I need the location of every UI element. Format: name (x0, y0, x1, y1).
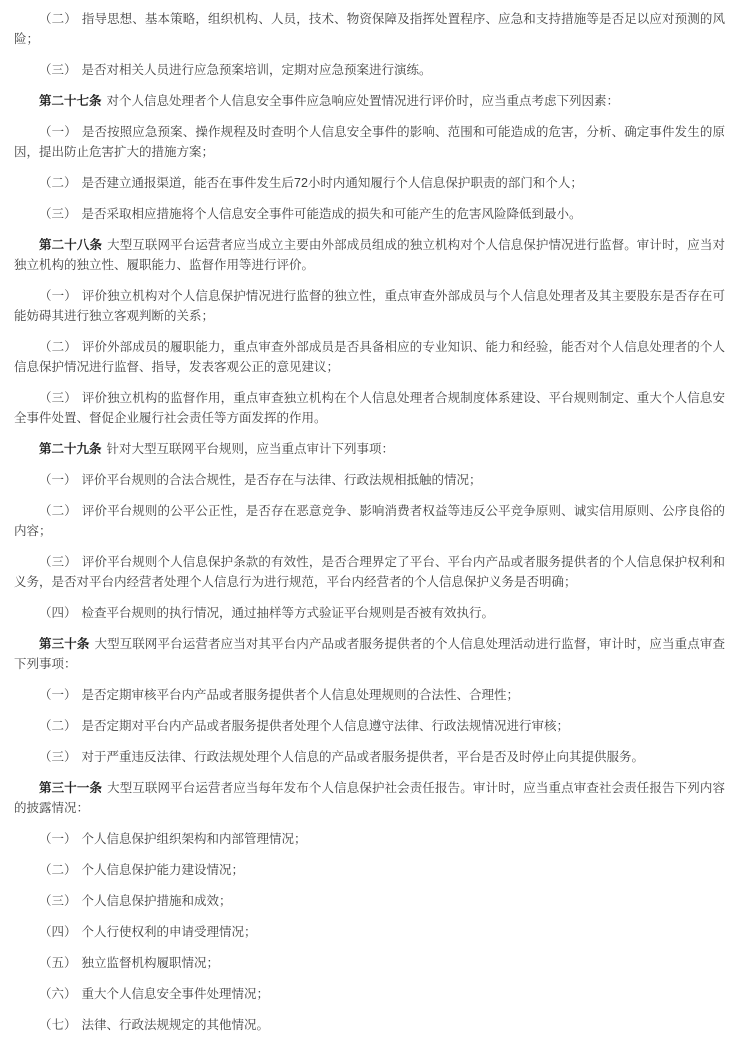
paragraph-text: 是否对相关人员进行应急预案培训，定期对应急预案进行演练。 (82, 63, 432, 77)
item-paragraph: （四）个人行使权利的申请受理情况； (14, 922, 725, 942)
item-number-label: （一） (39, 688, 77, 702)
item-paragraph: （二）是否建立通报渠道，能否在事件发生后72小时内通知履行个人信息保护职责的部门… (14, 173, 725, 193)
item-number-label: （二） (39, 863, 77, 877)
item-number-label: （一） (39, 473, 77, 487)
item-paragraph: （二）指导思想、基本策略，组织机构、人员，技术、物资保障及指挥处置程序、应急和支… (14, 9, 725, 49)
item-number-label: （四） (39, 925, 77, 939)
article-number-label: 第三十条 (39, 637, 89, 651)
item-paragraph: （三）评价独立机构的监督作用，重点审查独立机构在个人信息处理者合规制度体系建设、… (14, 388, 725, 428)
paragraph-text: 评价平台规则个人信息保护条款的有效性，是否合理界定了平台、平台内产品或者服务提供… (14, 555, 725, 589)
item-paragraph: （二）评价平台规则的公平公正性，是否存在恶意竞争、影响消费者权益等违反公平竞争原… (14, 501, 725, 541)
article-number-label: 第三十一条 (39, 781, 102, 795)
paragraph-text: 个人信息保护措施和成效； (82, 894, 232, 908)
item-paragraph: （一）个人信息保护组织架构和内部管理情况； (14, 829, 725, 849)
item-number-label: （一） (39, 832, 77, 846)
item-paragraph: （二）评价外部成员的履职能力，重点审查外部成员是否具备相应的专业知识、能力和经验… (14, 337, 725, 377)
article-paragraph: 第二十七条对个人信息处理者个人信息安全事件应急响应处置情况进行评价时，应当重点考… (14, 91, 725, 111)
item-number-label: （二） (39, 504, 77, 518)
legal-document-body: （二）指导思想、基本策略，组织机构、人员，技术、物资保障及指挥处置程序、应急和支… (0, 0, 740, 1053)
paragraph-text: 重大个人信息安全事件处理情况； (82, 987, 270, 1001)
paragraph-text: 大型互联网平台运营者应当对其平台内产品或者服务提供者的个人信息处理活动进行监督，… (14, 637, 725, 671)
item-paragraph: （三）个人信息保护措施和成效； (14, 891, 725, 911)
item-number-label: （三） (39, 63, 77, 77)
paragraph-text: 是否按照应急预案、操作规程及时查明个人信息安全事件的影响、范围和可能造成的危害，… (14, 125, 725, 159)
paragraph-text: 个人信息保护能力建设情况； (82, 863, 245, 877)
paragraph-text: 个人信息保护组织架构和内部管理情况； (82, 832, 307, 846)
item-paragraph: （二）个人信息保护能力建设情况； (14, 860, 725, 880)
item-number-label: （三） (39, 750, 77, 764)
paragraph-text: 个人行使权利的申请受理情况； (82, 925, 257, 939)
paragraph-text: 法律、行政法规规定的其他情况。 (82, 1018, 270, 1032)
item-number-label: （三） (39, 391, 77, 405)
item-paragraph: （四）检查平台规则的执行情况，通过抽样等方式验证平台规则是否被有效执行。 (14, 603, 725, 623)
item-number-label: （三） (39, 555, 77, 569)
paragraph-text: 是否采取相应措施将个人信息安全事件可能造成的损失和可能产生的危害风险降低到最小。 (82, 207, 582, 221)
article-number-label: 第二十八条 (39, 238, 102, 252)
article-number-label: 第二十九条 (39, 442, 102, 456)
paragraph-text: 对个人信息处理者个人信息安全事件应急响应处置情况进行评价时，应当重点考虑下列因素… (107, 94, 620, 108)
paragraph-text: 大型互联网平台运营者应当每年发布个人信息保护社会责任报告。审计时，应当重点审查社… (14, 781, 725, 815)
item-number-label: （三） (39, 207, 77, 221)
paragraph-text: 针对大型互联网平台规则，应当重点审计下列事项： (107, 442, 395, 456)
article-paragraph: 第三十一条大型互联网平台运营者应当每年发布个人信息保护社会责任报告。审计时，应当… (14, 778, 725, 818)
item-paragraph: （三）是否采取相应措施将个人信息安全事件可能造成的损失和可能产生的危害风险降低到… (14, 204, 725, 224)
item-paragraph: （一）评价平台规则的合法合规性，是否存在与法律、行政法规相抵触的情况； (14, 470, 725, 490)
item-paragraph: （五）独立监督机构履职情况； (14, 953, 725, 973)
item-number-label: （一） (39, 125, 77, 139)
item-paragraph: （三）对于严重违反法律、行政法规处理个人信息的产品或者服务提供者，平台是否及时停… (14, 747, 725, 767)
item-number-label: （二） (39, 12, 77, 26)
item-paragraph: （七）法律、行政法规规定的其他情况。 (14, 1015, 725, 1035)
paragraph-text: 指导思想、基本策略，组织机构、人员，技术、物资保障及指挥处置程序、应急和支持措施… (14, 12, 725, 46)
item-number-label: （五） (39, 956, 77, 970)
item-number-label: （一） (39, 289, 77, 303)
item-paragraph: （六）重大个人信息安全事件处理情况； (14, 984, 725, 1004)
item-paragraph: （二）是否定期对平台内产品或者服务提供者处理个人信息遵守法律、行政法规情况进行审… (14, 716, 725, 736)
item-number-label: （二） (39, 176, 77, 190)
item-paragraph: （一）是否定期审核平台内产品或者服务提供者个人信息处理规则的合法性、合理性； (14, 685, 725, 705)
item-paragraph: （三）是否对相关人员进行应急预案培训，定期对应急预案进行演练。 (14, 60, 725, 80)
item-paragraph: （一）是否按照应急预案、操作规程及时查明个人信息安全事件的影响、范围和可能造成的… (14, 122, 725, 162)
item-number-label: （三） (39, 894, 77, 908)
item-paragraph: （一）评价独立机构对个人信息保护情况进行监督的独立性，重点审查外部成员与个人信息… (14, 286, 725, 326)
item-number-label: （二） (39, 719, 77, 733)
paragraph-text: 评价平台规则的公平公正性，是否存在恶意竞争、影响消费者权益等违反公平竞争原则、诚… (14, 504, 725, 538)
paragraph-text: 评价独立机构对个人信息保护情况进行监督的独立性，重点审查外部成员与个人信息处理者… (14, 289, 725, 323)
item-number-label: （六） (39, 987, 77, 1001)
item-paragraph: （三）评价平台规则个人信息保护条款的有效性，是否合理界定了平台、平台内产品或者服… (14, 552, 725, 592)
article-paragraph: 第三十条大型互联网平台运营者应当对其平台内产品或者服务提供者的个人信息处理活动进… (14, 634, 725, 674)
item-number-label: （四） (39, 606, 77, 620)
paragraph-text: 对于严重违反法律、行政法规处理个人信息的产品或者服务提供者，平台是否及时停止向其… (82, 750, 645, 764)
item-number-label: （七） (39, 1018, 77, 1032)
article-paragraph: 第二十八条大型互联网平台运营者应当成立主要由外部成员组成的独立机构对个人信息保护… (14, 235, 725, 275)
article-paragraph: 第二十九条针对大型互联网平台规则，应当重点审计下列事项： (14, 439, 725, 459)
paragraph-text: 是否建立通报渠道，能否在事件发生后72小时内通知履行个人信息保护职责的部门和个人… (82, 176, 583, 190)
paragraph-text: 检查平台规则的执行情况，通过抽样等方式验证平台规则是否被有效执行。 (82, 606, 495, 620)
article-number-label: 第二十七条 (39, 94, 102, 108)
paragraph-text: 是否定期审核平台内产品或者服务提供者个人信息处理规则的合法性、合理性； (82, 688, 520, 702)
paragraph-text: 评价独立机构的监督作用，重点审查独立机构在个人信息处理者合规制度体系建设、平台规… (14, 391, 725, 425)
paragraph-text: 评价外部成员的履职能力，重点审查外部成员是否具备相应的专业知识、能力和经验，能否… (14, 340, 725, 374)
paragraph-text: 是否定期对平台内产品或者服务提供者处理个人信息遵守法律、行政法规情况进行审核； (82, 719, 570, 733)
paragraph-text: 评价平台规则的合法合规性，是否存在与法律、行政法规相抵触的情况； (82, 473, 482, 487)
paragraph-text: 大型互联网平台运营者应当成立主要由外部成员组成的独立机构对个人信息保护情况进行监… (14, 238, 725, 272)
paragraph-text: 独立监督机构履职情况； (82, 956, 220, 970)
item-number-label: （二） (39, 340, 77, 354)
